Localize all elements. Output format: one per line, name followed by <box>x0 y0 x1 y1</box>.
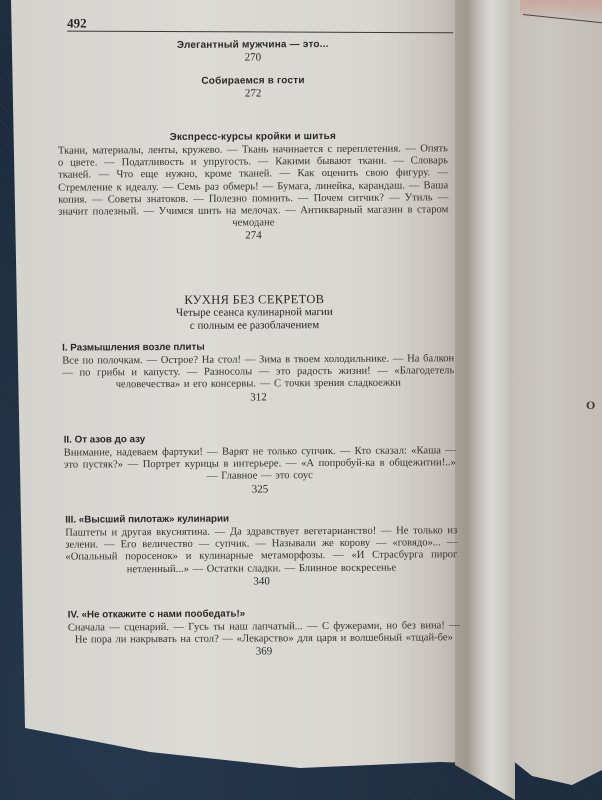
chapter-entry: III. «Высший пилотаж» кулинарии Паштеты … <box>65 511 457 589</box>
entry-page: 274 <box>58 229 448 244</box>
chapter-page: 369 <box>68 645 460 660</box>
chapter-description: Внимание, надеваем фартуки! — Варят не т… <box>64 445 456 484</box>
toc-entry: Элегантный мужчина — это... 270 <box>60 37 445 65</box>
toc-entry: Собираемся в гости 272 <box>60 73 445 101</box>
entry-description: Ткани, материалы, ленты, кружево. — Ткан… <box>58 143 449 231</box>
chapter-description: Паштеты и другая вкуснятина. — Да здравс… <box>65 525 457 576</box>
chapter-description: Сначала — сценарий. — Гусь ты наш лапчат… <box>68 620 460 647</box>
table-of-contents: 492 Элегантный мужчина — это... 270 Соби… <box>0 0 475 800</box>
page-number: 492 <box>67 15 87 31</box>
entry-title: Экспресс-курсы кройки и шитья <box>58 129 448 144</box>
right-page-text-fragment: О <box>586 398 595 413</box>
chapter-heading: I. Размышления возле плиты <box>62 339 454 354</box>
chapter-entry: I. Размышления возле плиты Все по полочк… <box>62 339 454 405</box>
chapter-page: 312 <box>62 390 454 405</box>
chapter-heading: IV. «Не откажите с нами пообедать!» <box>68 606 460 621</box>
entry-page: 270 <box>60 50 445 65</box>
chapter-entry: II. От азов до азу Внимание, надеваем фа… <box>64 431 456 497</box>
toc-entry-express-courses: Экспресс-курсы кройки и шитья Ткани, мат… <box>58 129 449 244</box>
chapter-description: Все по полочкам. — Острое? На стол! — Зи… <box>62 353 454 392</box>
chapter-page: 340 <box>66 574 458 589</box>
chapter-heading: II. От азов до азу <box>64 431 456 446</box>
header-rule <box>67 31 453 34</box>
chapter-page: 325 <box>64 482 456 497</box>
chapter-entry: IV. «Не откажите с нами пообедать!» Снач… <box>68 606 460 660</box>
section-header: КУХНЯ БЕЗ СЕКРЕТОВ Четыре сеанса кулинар… <box>62 292 447 333</box>
chapter-heading: III. «Высший пилотаж» кулинарии <box>65 511 457 526</box>
entry-page: 272 <box>61 86 446 101</box>
section-subtitle: с полным ее разоблачением <box>62 318 447 333</box>
